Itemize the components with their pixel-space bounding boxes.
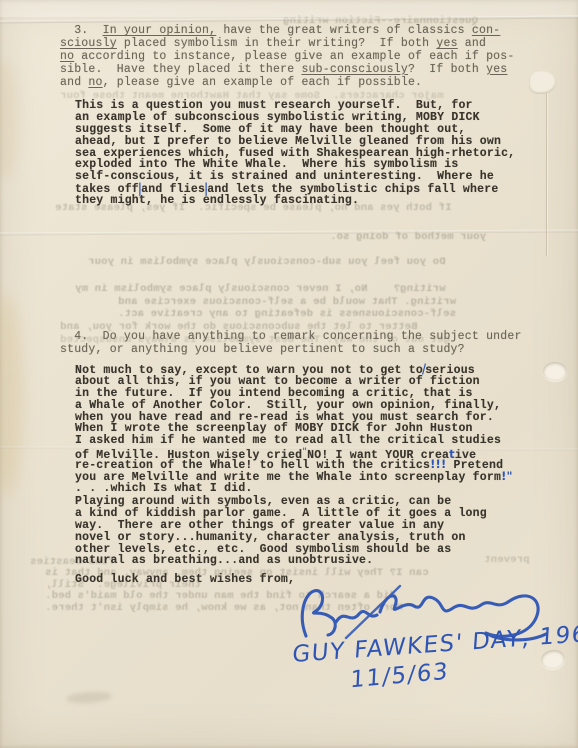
- bleed-through-line: Do you feel you sub-consciously place sy…: [88, 256, 446, 268]
- punch-hole-lower: [540, 648, 566, 670]
- typed-line: re-creation of the Whale! to hell with t…: [75, 459, 513, 471]
- answer-3-text: This is a question you must research you…: [75, 100, 515, 207]
- typed-line: they might, he is endlessly fascinating.: [75, 195, 515, 207]
- paper-stain: [0, 60, 18, 180]
- typed-line: . . .which Is what I did.: [75, 483, 513, 495]
- closing-paragraph-text: Playing around with symbols, even as a c…: [75, 496, 487, 567]
- edge-tear: [529, 71, 556, 94]
- signature-date-numeric: 11/5/63: [350, 659, 450, 694]
- letter-page: Questionnaire--Fiction writingmajor char…: [0, 0, 578, 748]
- paper-smudge: [66, 690, 113, 704]
- typed-line: Good luck and best wishes from,: [75, 574, 295, 586]
- punch-hole-upper: [543, 362, 567, 381]
- question-3-text: 3. In your opinion, have the great write…: [60, 25, 514, 89]
- paper-edge-line: [546, 74, 547, 256]
- bleed-through-line: self-consciousness is defeating to any c…: [118, 308, 456, 320]
- bleed-through-line: writing. That would be a self-conscious …: [118, 296, 456, 308]
- answer-4-text: Not much to say, except to warn you not …: [75, 364, 513, 495]
- paper-stain: [0, 295, 22, 495]
- typed-line: study, or anything you believe pertinent…: [60, 344, 522, 357]
- typed-line: I asked him if he wanted me to read all …: [75, 435, 513, 447]
- typed-line: natural as breathing...and as unobtrusiv…: [75, 555, 487, 567]
- signoff-line: Good luck and best wishes from,: [75, 574, 295, 586]
- bleed-through-line: writing? No, I never consciously place s…: [75, 283, 446, 295]
- typed-line: and no, please give an example of each i…: [60, 77, 514, 90]
- fold-crease-middle: [0, 229, 578, 235]
- question-4-text: 4. Do you have anything to remark concer…: [60, 331, 522, 357]
- bleed-through-line: prevent: [484, 554, 530, 566]
